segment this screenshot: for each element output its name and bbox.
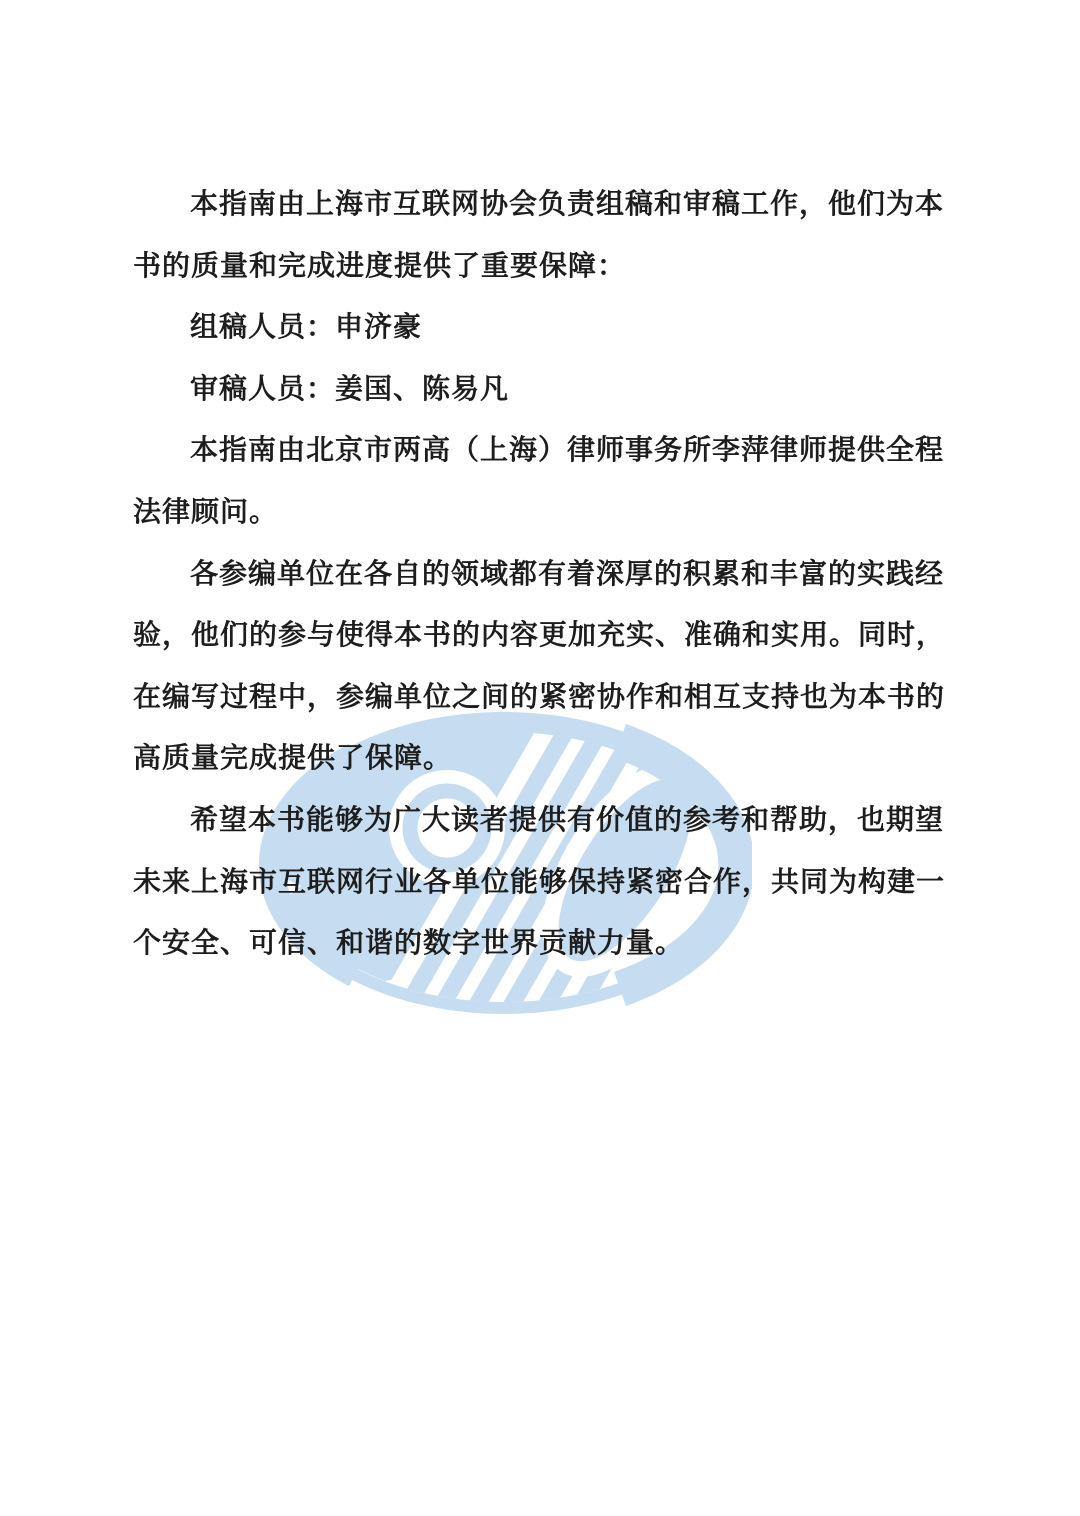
text-line: 审稿人员：姜国、陈易凡 bbox=[133, 358, 947, 420]
text-line: 各参编单位在各自的领域都有着深厚的积累和丰富的实践经 bbox=[133, 543, 947, 605]
text-line: 法律顾问。 bbox=[133, 481, 947, 543]
text-line: 希望本书能够为广大读者提供有价值的参考和帮助，也期望 bbox=[133, 789, 947, 851]
text-line: 本指南由北京市两高（上海）律师事务所李萍律师提供全程 bbox=[133, 419, 947, 481]
text-line: 未来上海市互联网行业各单位能够保持紧密合作，共同为构建一 bbox=[133, 851, 947, 913]
text-line: 个安全、可信、和谐的数字世界贡献力量。 bbox=[133, 912, 947, 974]
text-line: 验，他们的参与使得本书的内容更加充实、准确和实用。同时， bbox=[133, 604, 947, 666]
text-line: 在编写过程中，参编单位之间的紧密协作和相互支持也为本书的 bbox=[133, 666, 947, 728]
document-page: 本指南由上海市互联网协会负责组稿和审稿工作，他们为本 书的质量和完成进度提供了重… bbox=[0, 0, 1080, 1516]
text-line: 书的质量和完成进度提供了重要保障： bbox=[133, 235, 947, 297]
text-line: 组稿人员：申济豪 bbox=[133, 296, 947, 358]
text-line: 高质量完成提供了保障。 bbox=[133, 727, 947, 789]
text-line: 本指南由上海市互联网协会负责组稿和审稿工作，他们为本 bbox=[133, 173, 947, 235]
page-body-text: 本指南由上海市互联网协会负责组稿和审稿工作，他们为本 书的质量和完成进度提供了重… bbox=[133, 173, 947, 974]
